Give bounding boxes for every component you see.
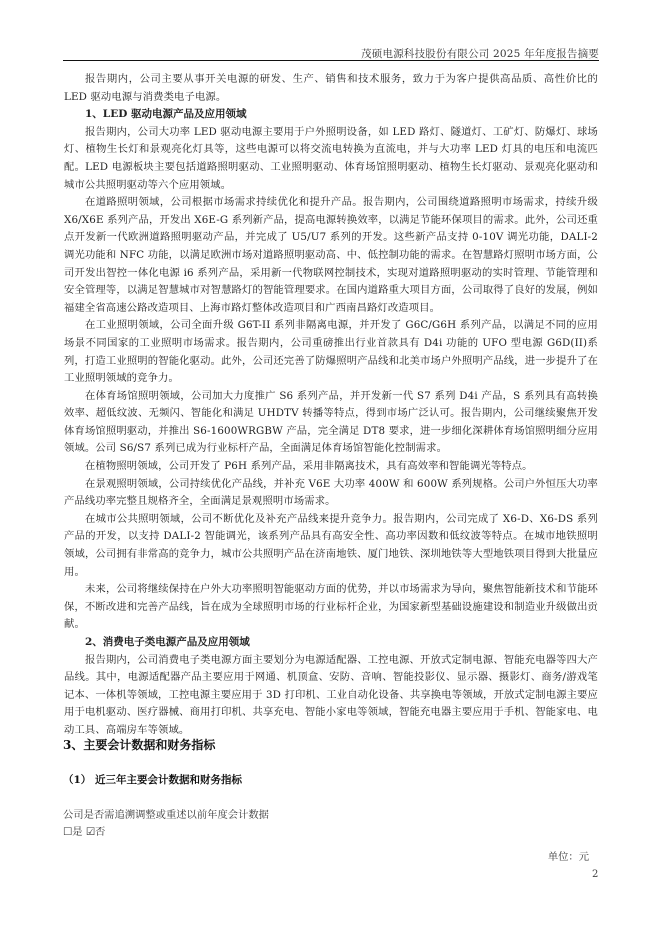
option-no-label: 否 <box>95 826 105 838</box>
section-3-1-heading: （1） 近三年主要会计数据和财务指标 <box>63 772 242 787</box>
header-divider <box>63 60 599 61</box>
section-3-heading: 3、主要会计数据和财务指标 <box>63 736 215 753</box>
section-1-heading: 1、LED 驱动电源产品及应用领域 <box>64 106 598 124</box>
intro-paragraph: 报告期内，公司主要从事开关电源的研发、生产、销售和技术服务，致力于为客户提供高品… <box>64 71 598 106</box>
section-2-paragraph: 报告期内，公司消费电子类电源方面主要划分为电源适配器、工控电源、开放式定制电源、… <box>64 652 598 740</box>
checkbox-no-checked-icon[interactable]: ☑ <box>86 826 95 838</box>
section-1-paragraph: 在道路照明领域，公司根据市场需求持续优化和提升产品。报告期内，公司围绕道路照明市… <box>64 194 598 317</box>
section-1-paragraph: 未来，公司将继续保持在户外大功率照明智能驱动方面的优势，并以市场需求为导向，聚焦… <box>64 581 598 634</box>
section-1-paragraph: 在体育场馆照明领域，公司加大力度推广 S6 系列产品，并开发新一代 S7 系列 … <box>64 388 598 458</box>
option-yes-label: 是 <box>72 826 82 838</box>
section-1-paragraph: 在景观照明领域，公司持续优化产品线，并补充 V6E 大功率 400W 和 600… <box>64 476 598 511</box>
restatement-question: 公司是否需追溯调整或重述以前年度会计数据 <box>63 806 269 821</box>
page-number: 2 <box>592 869 598 880</box>
restatement-options: ☐是 ☑否 <box>63 823 105 838</box>
section-1-paragraph: 在工业照明领域，公司全面升级 G6T-II 系列非隔离电源，并开发了 G6C/G… <box>64 317 598 387</box>
section-1-paragraph: 在城市公共照明领域，公司不断优化及补充产品线来提升竞争力。报告期内，公司完成了 … <box>64 511 598 581</box>
report-header-title: 茂硕电源科技股份有限公司 2025 年年度报告摘要 <box>63 46 599 61</box>
report-body: 报告期内，公司主要从事开关电源的研发、生产、销售和技术服务，致力于为客户提供高品… <box>64 71 598 740</box>
section-2-heading: 2、消费电子类电源产品及应用领域 <box>64 634 598 652</box>
section-1-paragraph: 报告期内，公司大功率 LED 驱动电源主要用于户外照明设备，如 LED 路灯、隧… <box>64 124 598 194</box>
checkbox-yes-icon[interactable]: ☐ <box>63 826 72 838</box>
unit-label: 单位：元 <box>548 848 589 863</box>
section-1-paragraph: 在植物照明领域，公司开发了 P6H 系列产品，采用非隔离技术，具有高效率和智能调… <box>64 458 598 476</box>
